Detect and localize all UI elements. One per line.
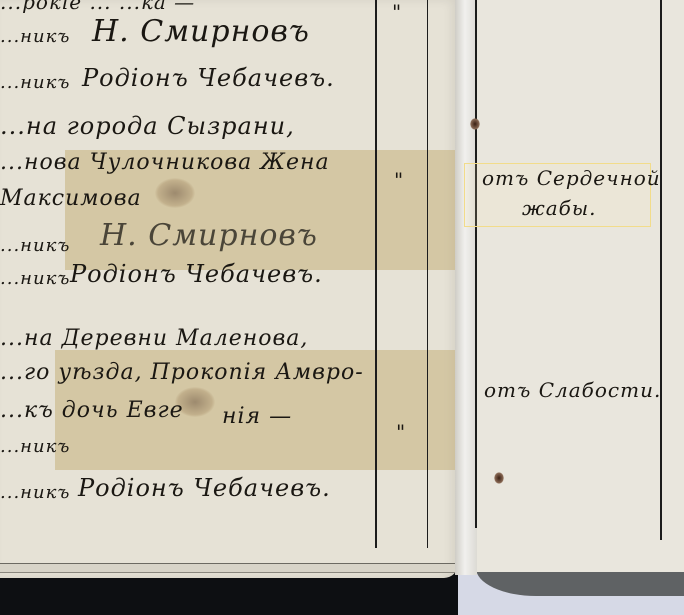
signature-smirnov-2: Н. Смирновъ: [100, 218, 318, 253]
line-10: ...къ дочь Евге: [0, 398, 184, 423]
line-8: ...на Деревни Маленова,: [0, 326, 308, 351]
book-gutter: [455, 0, 477, 575]
name-chebachev-3: Родіонъ Чебачевъ.: [78, 474, 331, 502]
cause-of-death-2: отъ Слабости.: [484, 378, 661, 402]
cause-of-death-1-cont: жабы.: [522, 196, 597, 220]
line-2-label: ...никъ: [0, 72, 70, 93]
name-chebachev-1: Родіонъ Чебачевъ.: [82, 64, 335, 92]
line-11: ...никъ: [0, 436, 70, 457]
line-6-label: ...никъ: [0, 235, 70, 256]
ditto-mark-2: ": [394, 168, 404, 192]
paper-blemish-1: [155, 178, 195, 208]
shadow-band: [476, 568, 684, 596]
page-edge: [0, 563, 455, 573]
column-rule-2: [427, 0, 428, 548]
column-rule-4: [660, 0, 662, 540]
line-5: Максимова: [0, 186, 142, 211]
binding-hole-2: [494, 472, 504, 484]
line-1-label: ...никъ: [0, 26, 70, 47]
line-0: ...рокіе ... ...ка —: [0, 0, 195, 14]
right-page: [470, 0, 684, 572]
ditto-mark-3: ": [396, 420, 406, 444]
binding-hole-1: [470, 118, 480, 130]
column-rule-1: [375, 0, 377, 548]
line-12-label: ...никъ: [0, 482, 70, 503]
name-chebachev-2: Родіонъ Чебачевъ.: [70, 260, 323, 288]
line-9: ...го уѣзда, Прокопія Амвро-: [0, 360, 364, 385]
line-7-label: ...никъ: [0, 268, 70, 289]
line-4: ...нова Чулочникова Жена: [0, 150, 330, 175]
column-rule-3: [475, 0, 477, 528]
cause-of-death-1: отъ Сердечной: [482, 166, 661, 190]
line-10-cont: нія —: [222, 404, 292, 429]
signature-smirnov-1: Н. Смирновъ: [92, 14, 310, 49]
ditto-mark-1: ": [392, 0, 402, 24]
line-3: ...на города Сызрани,: [0, 112, 295, 140]
